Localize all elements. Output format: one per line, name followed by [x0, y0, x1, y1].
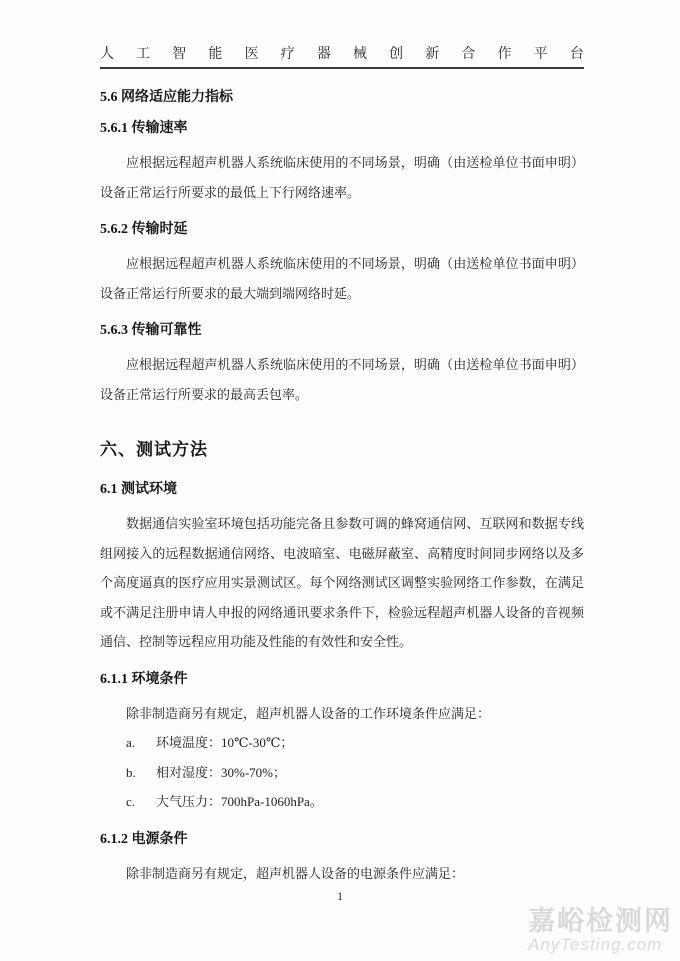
heading-chapter-6: 六、测试方法: [100, 439, 584, 461]
running-header-char: 医: [245, 46, 259, 64]
running-header-char: 合: [461, 46, 475, 64]
running-header-char: 平: [534, 46, 548, 64]
list-item: c. 大气压力：700hPa-1060hPa。: [100, 787, 584, 817]
watermark-site-url: AnyTesting.com: [528, 935, 673, 955]
list-item: b. 相对湿度：30%-70%；: [100, 758, 584, 788]
running-header-char: 人: [100, 46, 114, 64]
heading-6-1-2: 6.1.2 电源条件: [100, 831, 584, 848]
document-page: 人工智能医疗器械创新合作平台 5.6 网络适应能力指标 5.6.1 传输速率 应…: [0, 0, 680, 961]
paragraph-5-6-3: 应根据远程超声机器人系统临床使用的不同场景，明确（由送检单位书面申明）设备正常运…: [100, 350, 584, 409]
running-header-char: 新: [425, 46, 439, 64]
running-header-char: 疗: [281, 46, 295, 64]
heading-6-1: 6.1 测试环境: [100, 481, 584, 498]
list-marker: a.: [100, 728, 156, 758]
running-header-char: 智: [172, 46, 186, 64]
running-header-title: 人工智能医疗器械创新合作平台: [100, 46, 584, 64]
running-header-char: 能: [208, 46, 222, 64]
condition-list: a. 环境温度：10℃-30℃； b. 相对湿度：30%-70%； c. 大气压…: [100, 728, 584, 817]
heading-5-6-1: 5.6.1 传输速率: [100, 120, 584, 137]
list-text: 相对湿度：30%-70%；: [156, 758, 584, 788]
heading-5-6: 5.6 网络适应能力指标: [100, 89, 584, 106]
running-header-char: 械: [353, 46, 367, 64]
paragraph-6-1-1-intro: 除非制造商另有规定，超声机器人设备的工作环境条件应满足：: [100, 699, 584, 729]
list-marker: c.: [100, 787, 156, 817]
running-header-char: 台: [570, 46, 584, 64]
paragraph-5-6-1: 应根据远程超声机器人系统临床使用的不同场景，明确（由送检单位书面申明）设备正常运…: [100, 148, 584, 207]
heading-5-6-2: 5.6.2 传输时延: [100, 221, 584, 238]
running-header: 人工智能医疗器械创新合作平台: [100, 46, 584, 69]
watermark: 嘉峪检测网 AnyTesting.com: [528, 907, 673, 955]
running-header-char: 器: [317, 46, 331, 64]
paragraph-5-6-2: 应根据远程超声机器人系统临床使用的不同场景，明确（由送检单位书面申明）设备正常运…: [100, 249, 584, 308]
heading-6-1-1: 6.1.1 环境条件: [100, 671, 584, 688]
list-item: a. 环境温度：10℃-30℃；: [100, 728, 584, 758]
running-header-char: 作: [498, 46, 512, 64]
heading-5-6-3: 5.6.3 传输可靠性: [100, 322, 584, 339]
running-header-char: 工: [136, 46, 150, 64]
watermark-site-name: 嘉峪检测网: [528, 907, 673, 935]
list-text: 环境温度：10℃-30℃；: [156, 728, 584, 758]
running-header-char: 创: [389, 46, 403, 64]
paragraph-6-1: 数据通信实验室环境包括功能完备且参数可调的蜂窝通信网、互联网和数据专线组网接入的…: [100, 509, 584, 657]
list-text: 大气压力：700hPa-1060hPa。: [156, 787, 584, 817]
page-number: 1: [0, 889, 680, 904]
paragraph-6-1-2-intro: 除非制造商另有规定，超声机器人设备的电源条件应满足：: [100, 859, 584, 889]
list-marker: b.: [100, 758, 156, 788]
